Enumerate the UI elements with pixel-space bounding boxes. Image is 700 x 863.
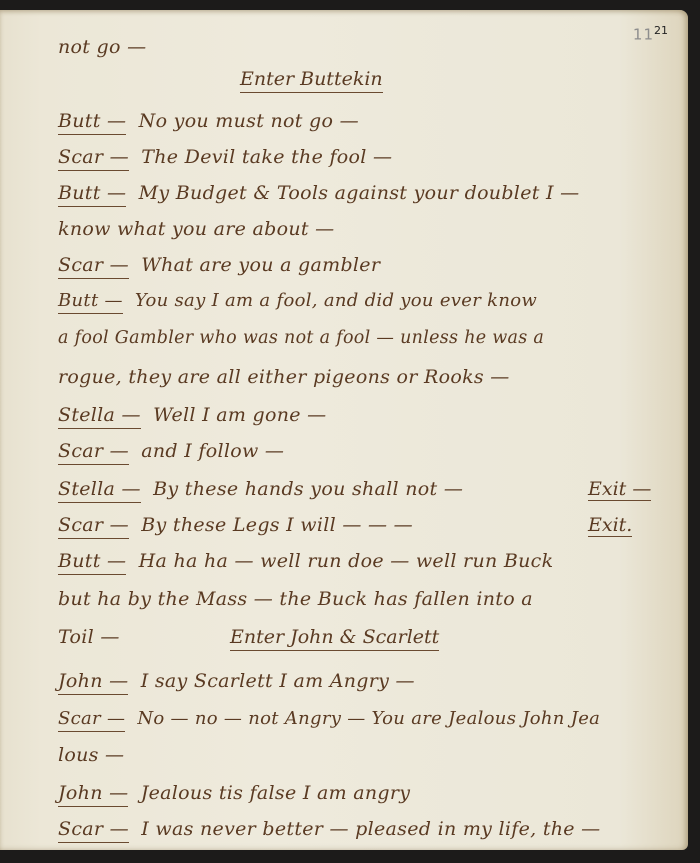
speaker-name: Scar — (58, 818, 129, 843)
script-line: John — Jealous tis false I am angry (58, 782, 410, 807)
script-line: Butt — Ha ha ha — well run doe — well ru… (58, 550, 553, 575)
script-line: John — I say Scarlett I am Angry — (58, 670, 415, 695)
script-line: Stella — Well I am gone — (58, 404, 326, 429)
speaker-name: Butt — (58, 550, 126, 575)
manuscript-page: 1121 not go — Enter Buttekin Butt — No y… (0, 10, 688, 850)
speaker-name: Butt — (58, 182, 126, 207)
script-line: Butt — My Budget & Tools against your do… (58, 182, 579, 207)
line-text: No — no — not Angry — You are Jealous Jo… (137, 708, 600, 729)
line-text: Ha ha ha — well run doe — well run Buck (139, 550, 554, 572)
script-line: Scar — What are you a gambler (58, 254, 380, 279)
script-line: a fool Gambler who was not a fool — unle… (58, 328, 544, 348)
line-text: By these Legs I will — — — (141, 514, 413, 536)
exit-direction: Exit. (588, 514, 632, 537)
script-line: Stella — By these hands you shall not — (58, 478, 463, 503)
script-line: Scar — and I follow — (58, 440, 284, 465)
speaker-name: Scar — (58, 254, 129, 279)
script-line: rogue, they are all either pigeons or Ro… (58, 366, 510, 388)
script-line: know what you are about — (58, 218, 334, 240)
line-text: I was never better — pleased in my life,… (141, 818, 600, 840)
script-line: not go — (58, 36, 146, 58)
line-text: The Devil take the fool — (141, 146, 392, 168)
speaker-name: Scar — (58, 440, 129, 465)
speaker-name: Scar — (58, 514, 129, 539)
script-line: but ha by the Mass — the Buck has fallen… (58, 588, 533, 610)
script-line: Scar — No — no — not Angry — You are Jea… (58, 708, 600, 732)
line-text: You say I am a fool, and did you ever kn… (135, 290, 537, 311)
folio-pencil: 11 (633, 25, 654, 43)
line-text: What are you a gambler (141, 254, 380, 276)
script-line: Butt — No you must not go — (58, 110, 359, 135)
line-text: but ha by the Mass — the Buck has fallen… (58, 588, 533, 610)
speaker-name: Stella — (58, 478, 141, 503)
script-line: Scar — I was never better — pleased in m… (58, 818, 600, 843)
stage-direction: Enter John & Scarlett (230, 626, 439, 651)
script-line: Toil — (58, 626, 120, 648)
speaker-name: Butt — (58, 290, 123, 314)
script-line: Scar — By these Legs I will — — — (58, 514, 413, 539)
speaker-name: Stella — (58, 404, 141, 429)
line-text: I say Scarlett I am Angry — (141, 670, 415, 692)
script-line: Butt — You say I am a fool, and did you … (58, 290, 537, 314)
exit-direction: Exit — (588, 478, 651, 501)
speaker-name: John — (58, 670, 128, 695)
line-text: lous — (58, 744, 124, 766)
speaker-name: John — (58, 782, 128, 807)
line-text: a fool Gambler who was not a fool — unle… (58, 328, 544, 348)
line-text: My Budget & Tools against your doublet I… (139, 182, 580, 204)
line-text: not go — (58, 36, 146, 58)
script-line: Scar — The Devil take the fool — (58, 146, 392, 171)
line-text: know what you are about — (58, 218, 334, 240)
line-text: No you must not go — (139, 110, 359, 132)
folio-ink: 21 (654, 24, 668, 37)
line-text: Well I am gone — (153, 404, 326, 426)
stage-direction: Enter Buttekin (240, 68, 383, 93)
speaker-name: Scar — (58, 146, 129, 171)
speaker-name: Butt — (58, 110, 126, 135)
script-line: lous — (58, 744, 124, 766)
line-text: and I follow — (141, 440, 284, 462)
speaker-name: Scar — (58, 708, 125, 732)
line-text: By these hands you shall not — (153, 478, 463, 500)
line-text: rogue, they are all either pigeons or Ro… (58, 366, 510, 388)
line-text: Toil — (58, 626, 120, 648)
folio-number: 1121 (633, 24, 668, 43)
line-text: Jealous tis false I am angry (141, 782, 411, 804)
